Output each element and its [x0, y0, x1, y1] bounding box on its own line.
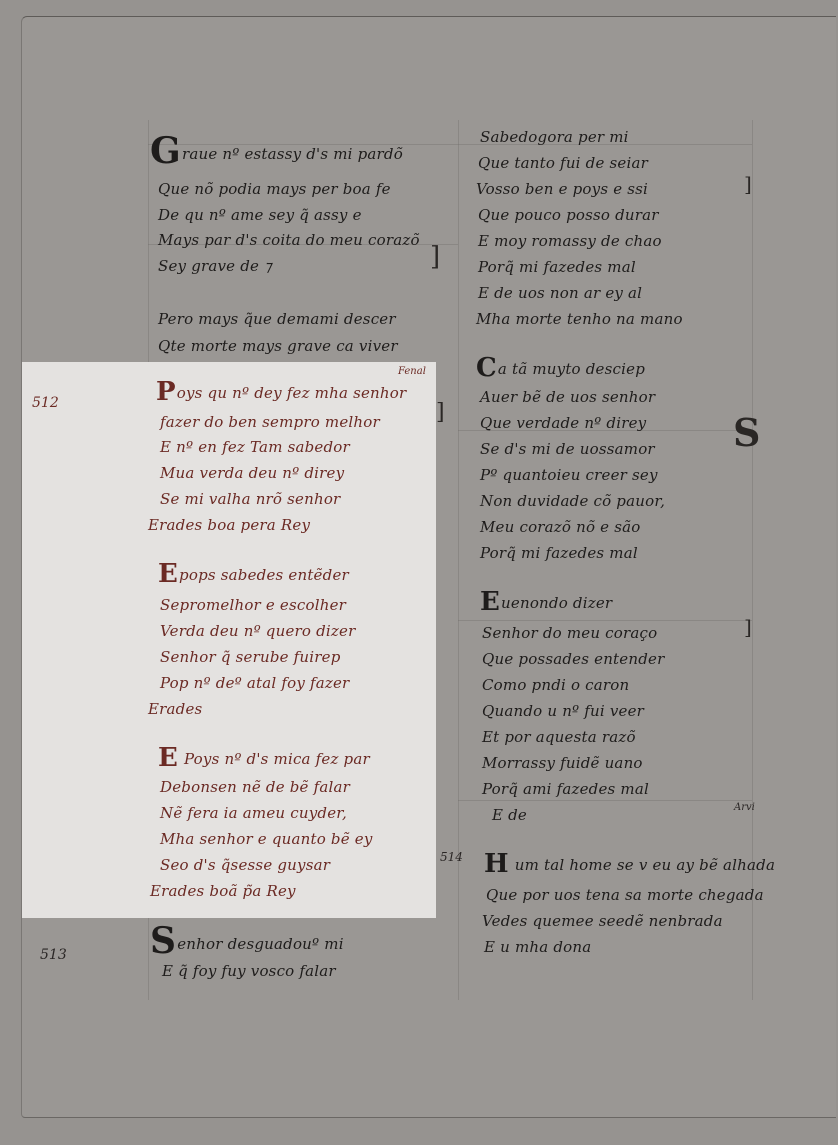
decorative-s-glyph: S [733, 410, 760, 455]
verse-line: Como pndi o caron [482, 676, 629, 694]
verse-line: De qu nº ame sey q̃ assy e [158, 206, 362, 224]
verse-line: Verda deu nº quero dizer [160, 622, 355, 640]
verse-line: Vedes quemee seedẽ nenbrada [482, 912, 723, 930]
verse-line: E u mha dona [484, 938, 591, 956]
verse-line: Non duvidade cõ pauor, [480, 492, 665, 510]
verse-line: Que tanto fui de seiar [478, 154, 648, 172]
verse-line: Nẽ fera ia ameu cuyder, [160, 804, 347, 822]
bracket-mark: ] [744, 615, 752, 639]
margin-number-512: 512 [32, 395, 59, 411]
verse-line: E q̃ foy fuy vosco falar [162, 962, 336, 980]
verse-line: Graue nº estassy d's mi pardõ [150, 145, 403, 163]
verse-line: E de uos non ar ey al [478, 284, 642, 302]
verse-line: Pero mays q̃ue demami descer [158, 310, 396, 328]
verse-line: Porq̃ mi fazedes mal [480, 544, 638, 562]
verse-line: Mha morte tenho na mano [476, 310, 683, 328]
verse-line: Se d's mi de uossamor [480, 440, 655, 458]
verse-line: Vosso ben e poys e ssi [476, 180, 648, 198]
verse-line: Sepromelhor e escolher [160, 596, 346, 614]
margin-number-513: 513 [40, 947, 67, 963]
verse-line: Mua verda deu nº direy [160, 464, 344, 482]
verse-line: Pop nº deº atal foy fazer [160, 674, 349, 692]
verse-line: Erades boa pera Rey [148, 516, 310, 534]
verse-line: E nº en fez Tam sabedor [160, 438, 350, 456]
verse-line: Erades boã p̃a Rey [150, 882, 296, 900]
verse-line: E de [492, 806, 527, 824]
verse-line: Quando u nº fui veer [482, 702, 644, 720]
margin-note-right: Arvi [734, 802, 755, 813]
verse-line: H um tal home se v eu ay bẽ alhada [484, 856, 775, 874]
margin-note-top: Fenal [398, 366, 426, 377]
verse-line: Senhor do meu coraço [482, 624, 657, 642]
bracket-mark: ] [430, 242, 440, 272]
bracket-mark: ] [436, 400, 445, 425]
verse-line: Euenondo dizer [480, 594, 612, 612]
verse-line: Et por aquesta razõ [482, 728, 636, 746]
verse-line: Que possades entender [482, 650, 664, 668]
verse-line: Senhor q̃ serube fuirep [160, 648, 341, 666]
verse-line: Meu corazõ nõ e são [480, 518, 641, 536]
verse-line: Porq̃ mi fazedes mal [478, 258, 636, 276]
verse-line: Morrassy fuidẽ uano [482, 754, 643, 772]
verse-line: Auer bẽ de uos senhor [480, 388, 655, 406]
verse-line: Mays par d's coita do meu corazõ [158, 231, 420, 249]
verse-line: Debonsen nẽ de bẽ falar [160, 778, 350, 796]
verse-line: Qte morte mays grave ca viver [158, 337, 398, 355]
verse-line: Que nõ podia mays per boa fe [158, 180, 391, 198]
verse-line: Que pouco posso durar [478, 206, 659, 224]
verse-line: Ca tã muyto desciep [476, 360, 645, 378]
verse-line: Que por uos tena sa morte chegada [486, 886, 764, 904]
margin-number-514: 514 [440, 850, 463, 864]
verse-line: Epops sabedes entẽder [158, 566, 349, 584]
verse-line: Seo d's q̃sesse guysar [160, 856, 330, 874]
verse-line: Se mi valha nrõ senhor [160, 490, 340, 508]
verse-line: Sey grave de ⁊ [158, 257, 272, 275]
bracket-mark: ] [744, 172, 752, 196]
verse-line: Que verdade nº direy [480, 414, 646, 432]
verse-line: Sabedogora per mi [480, 128, 629, 146]
verse-line: fazer do ben sempro melhor [160, 413, 380, 431]
verse-line: E moy romassy de chao [478, 232, 662, 250]
verse-line: Poys qu nº dey fez mha senhor [156, 384, 406, 402]
verse-line: Porq̃ ami fazedes mal [482, 780, 649, 798]
verse-line: E Poys nº d's mica fez par [158, 750, 370, 768]
verse-line: Pº quantoieu creer sey [480, 466, 658, 484]
verse-line: Senhor desguadouº mi [150, 935, 344, 953]
verse-line: Mha senhor e quanto bẽ ey [160, 830, 373, 848]
verse-line: Erades [148, 700, 202, 718]
